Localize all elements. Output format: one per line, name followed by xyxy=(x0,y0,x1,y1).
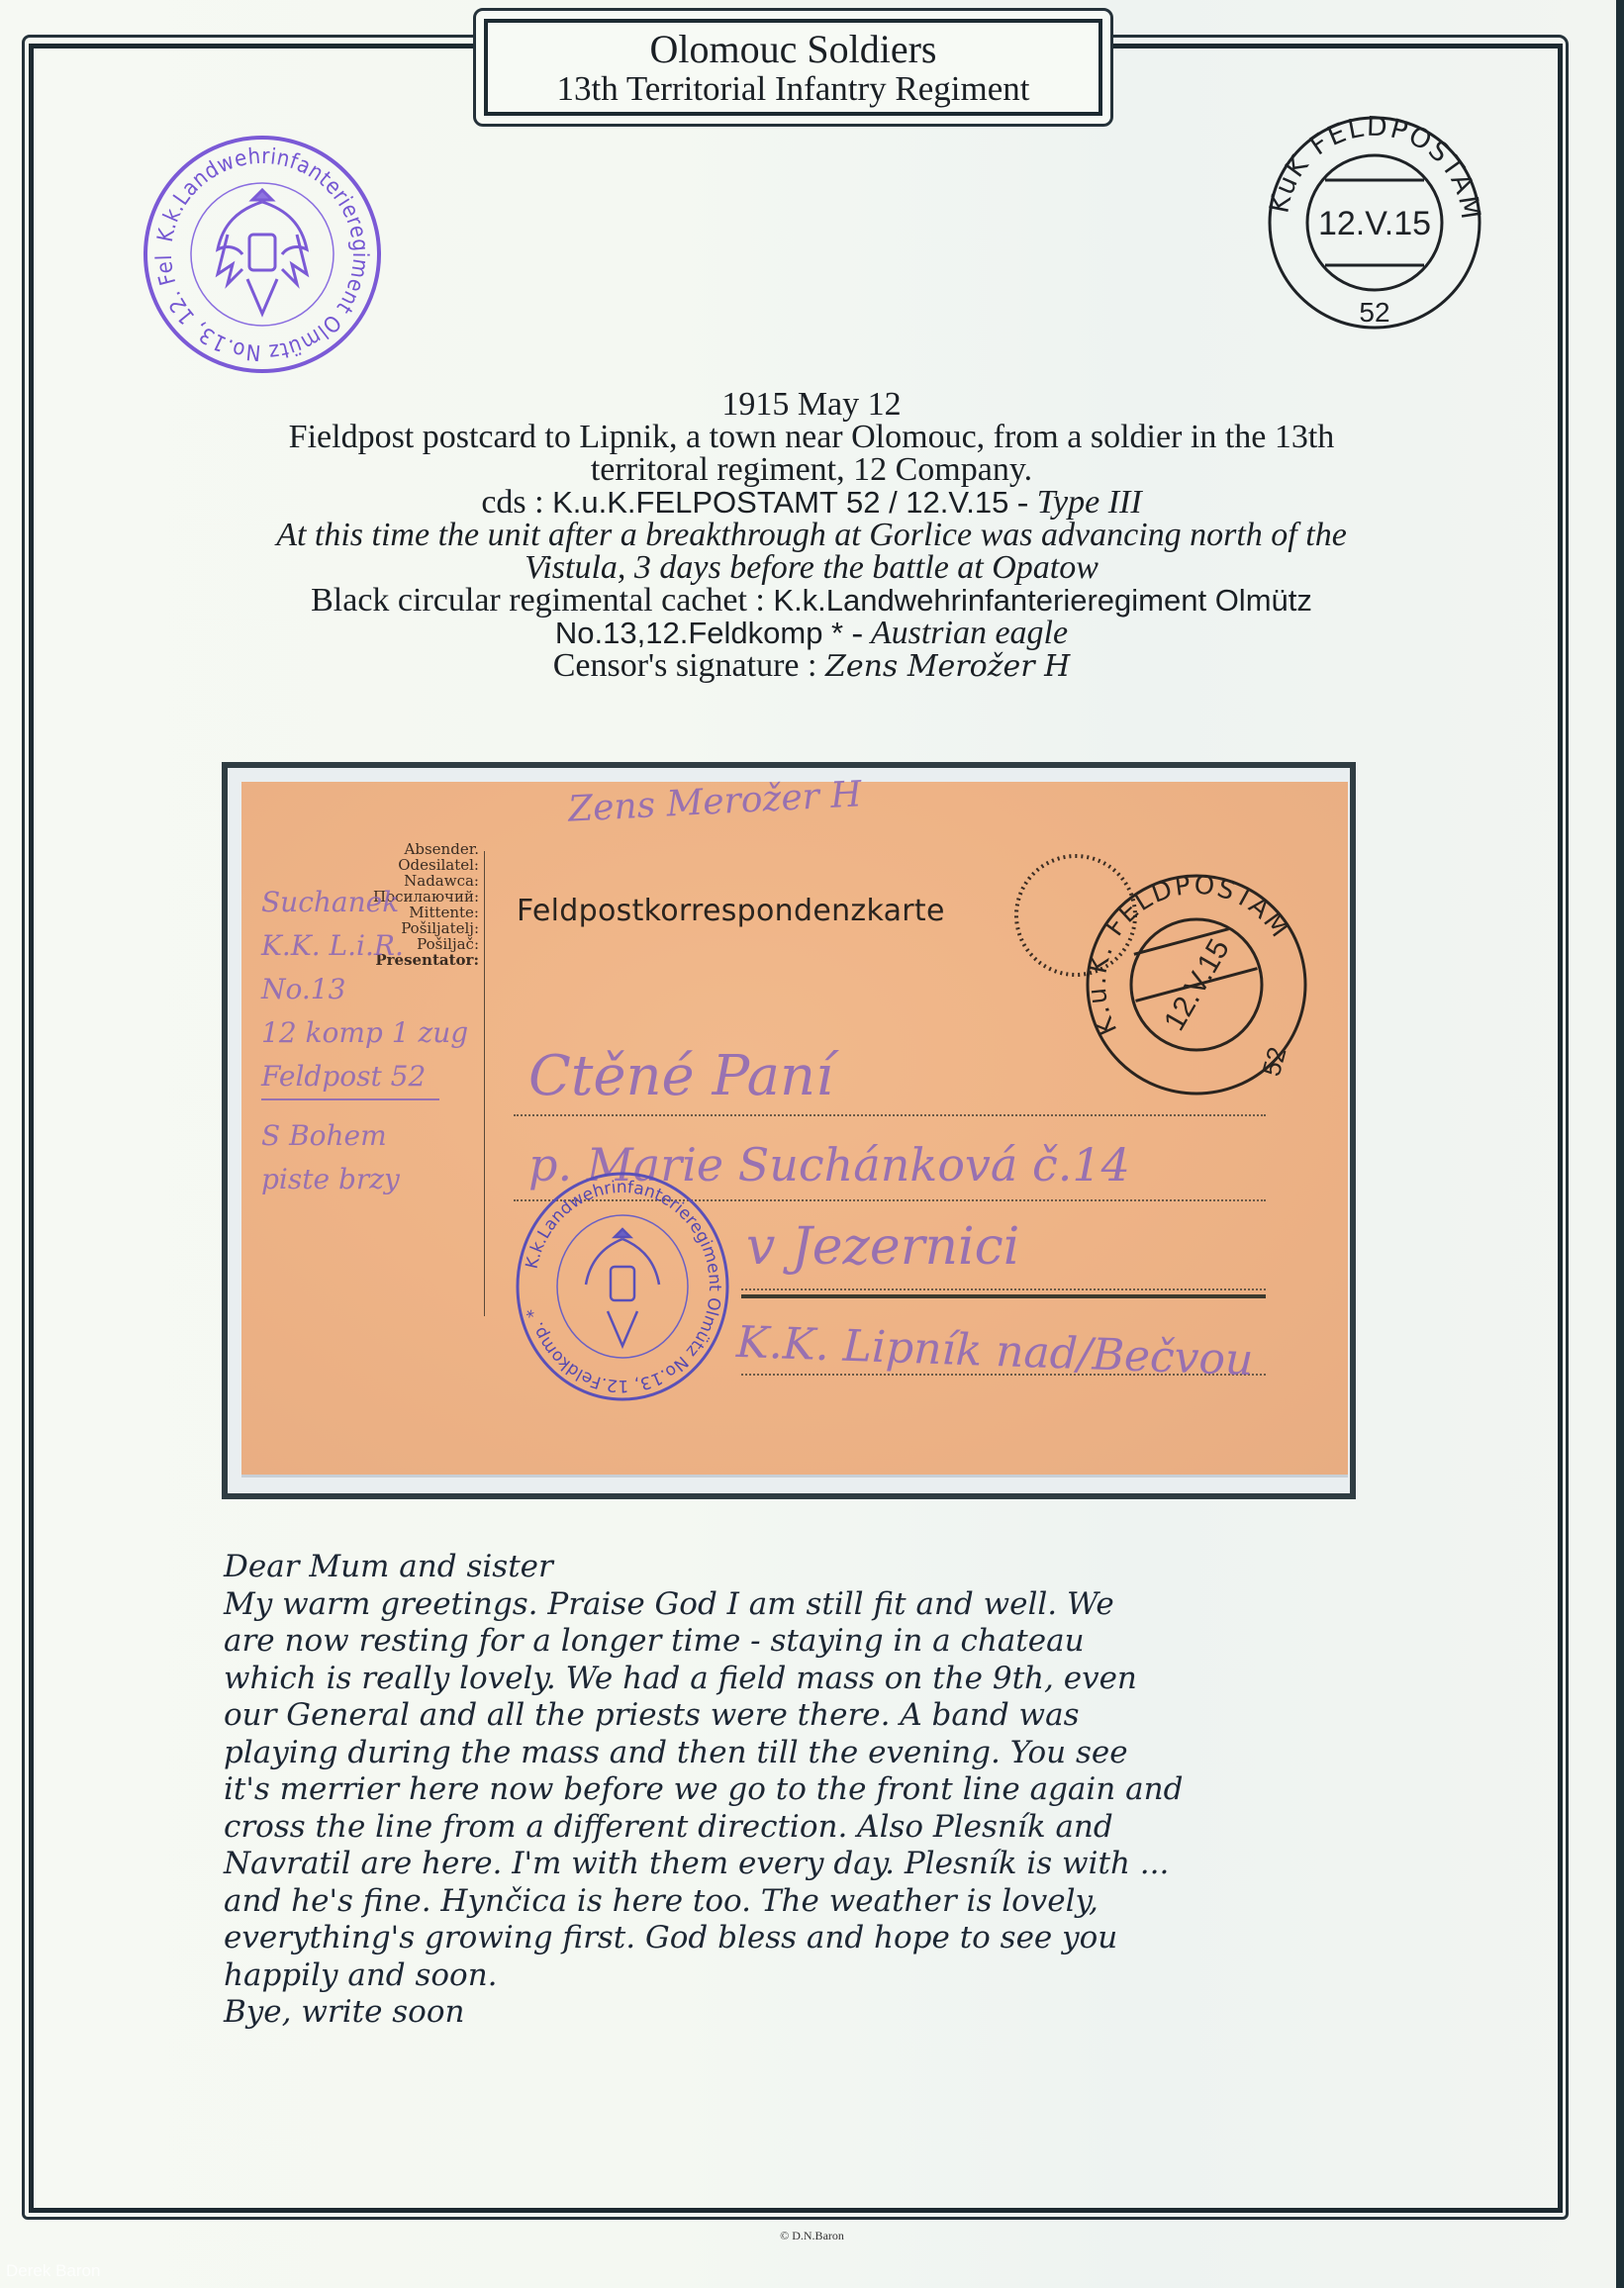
letter-line: Navratil are here. I'm with them every d… xyxy=(224,1846,1411,1883)
sender-divider xyxy=(484,851,485,1316)
letter-line: My warm greetings. Praise God I am still… xyxy=(224,1586,1411,1624)
item-description: 1915 May 12 Fieldpost postcard to Lipnik… xyxy=(99,388,1524,683)
cds-line: cds : K.u.K.FELPOSTAMT 52 / 12.V.15 - Ty… xyxy=(99,486,1524,519)
copyright-notice: © D.N.Baron xyxy=(0,2229,1624,2243)
letter-line: our General and all the priests were the… xyxy=(224,1697,1411,1735)
feldpostamt-postmark-icon: KuK FELDPOSTAMT 12.V.15 52 xyxy=(1263,111,1486,334)
cachet-line-1: Black circular regimental cachet : K.k.L… xyxy=(99,584,1524,617)
letter-line: it's merrier here now before we go to th… xyxy=(224,1771,1411,1809)
history-line-1: At this time the unit after a breakthrou… xyxy=(99,519,1524,551)
history-line-2: Vistula, 3 days before the battle at Opa… xyxy=(99,551,1524,584)
sender-handwriting: Suchanek K.K. L.i.R. No.13 12 komp 1 zug… xyxy=(261,881,479,1201)
svg-text:12.V.15: 12.V.15 xyxy=(1318,205,1431,242)
address-underline xyxy=(741,1294,1266,1298)
letter-line: happily and soon. xyxy=(224,1957,1411,1995)
svg-text:52: 52 xyxy=(1359,297,1389,328)
censor-line: Censor's signature : Zens Merožer H xyxy=(99,649,1524,683)
scan-edge-strip xyxy=(1616,0,1624,2288)
svg-text:12.V.15: 12.V.15 xyxy=(1158,933,1236,1036)
letter-line: are now resting for a longer time - stay… xyxy=(224,1623,1411,1661)
svg-text:52: 52 xyxy=(1256,1044,1291,1080)
item-date: 1915 May 12 xyxy=(99,388,1524,421)
description-line-1: Fieldpost postcard to Lipnik, a town nea… xyxy=(99,421,1524,453)
letter-line: and he's fine. Hynčica is here too. The … xyxy=(224,1883,1411,1921)
address-line-1 xyxy=(514,1114,1266,1116)
letter-line: everything's growing first. God bless an… xyxy=(224,1920,1411,1957)
letter-line: Dear Mum and sister xyxy=(224,1549,1411,1586)
letter-line: playing during the mass and then till th… xyxy=(224,1735,1411,1772)
censor-handwriting: Zens Merožer H xyxy=(567,774,863,829)
address-salutation: Ctěné Paní xyxy=(528,1044,833,1108)
page-subtitle: 13th Territorial Infantry Regiment xyxy=(488,70,1099,108)
page-title: Olomouc Soldiers xyxy=(488,29,1099,70)
letter-line: Bye, write soon xyxy=(224,1994,1411,2032)
postcard-title: Feldpostkorrespondenzkarte xyxy=(517,894,945,928)
letter-transcription: Dear Mum and sister My warm greetings. P… xyxy=(224,1549,1411,2032)
svg-text:K.u.K. FELDPOSTAMT: K.u.K. FELDPOSTAMT xyxy=(994,821,1296,1094)
card-feldpostamt-postmark-icon: K.u.K. FELDPOSTAMT 12.V.15 52 xyxy=(994,821,1320,1108)
card-regimental-seal-icon: K.k.Landwehrinfanterieregiment Olmütz No… xyxy=(509,1168,736,1405)
letter-line: which is really lovely. We had a field m… xyxy=(224,1661,1411,1698)
regimental-seal-icon: K.k.Landwehrinfanterieregiment Olmütz No… xyxy=(139,131,386,378)
address-line-3 xyxy=(741,1288,1266,1290)
title-box: Olomouc Soldiers 13th Territorial Infant… xyxy=(473,8,1113,127)
watermark: Derek Baron xyxy=(6,2261,100,2281)
postcard: Absender. Odesilatel: Nadawca: Посилаючи… xyxy=(241,782,1348,1475)
cachet-line-2: No.13,12.Feldkomp * - Austrian eagle xyxy=(99,617,1524,649)
description-line-2: territoral regiment, 12 Company. xyxy=(99,453,1524,486)
address-village: v Jezernici xyxy=(746,1217,1019,1277)
letter-line: cross the line from a different directio… xyxy=(224,1809,1411,1847)
svg-text:K.k.Landwehrinfanterieregiment: K.k.Landwehrinfanterieregiment Olmütz No… xyxy=(523,1178,724,1395)
